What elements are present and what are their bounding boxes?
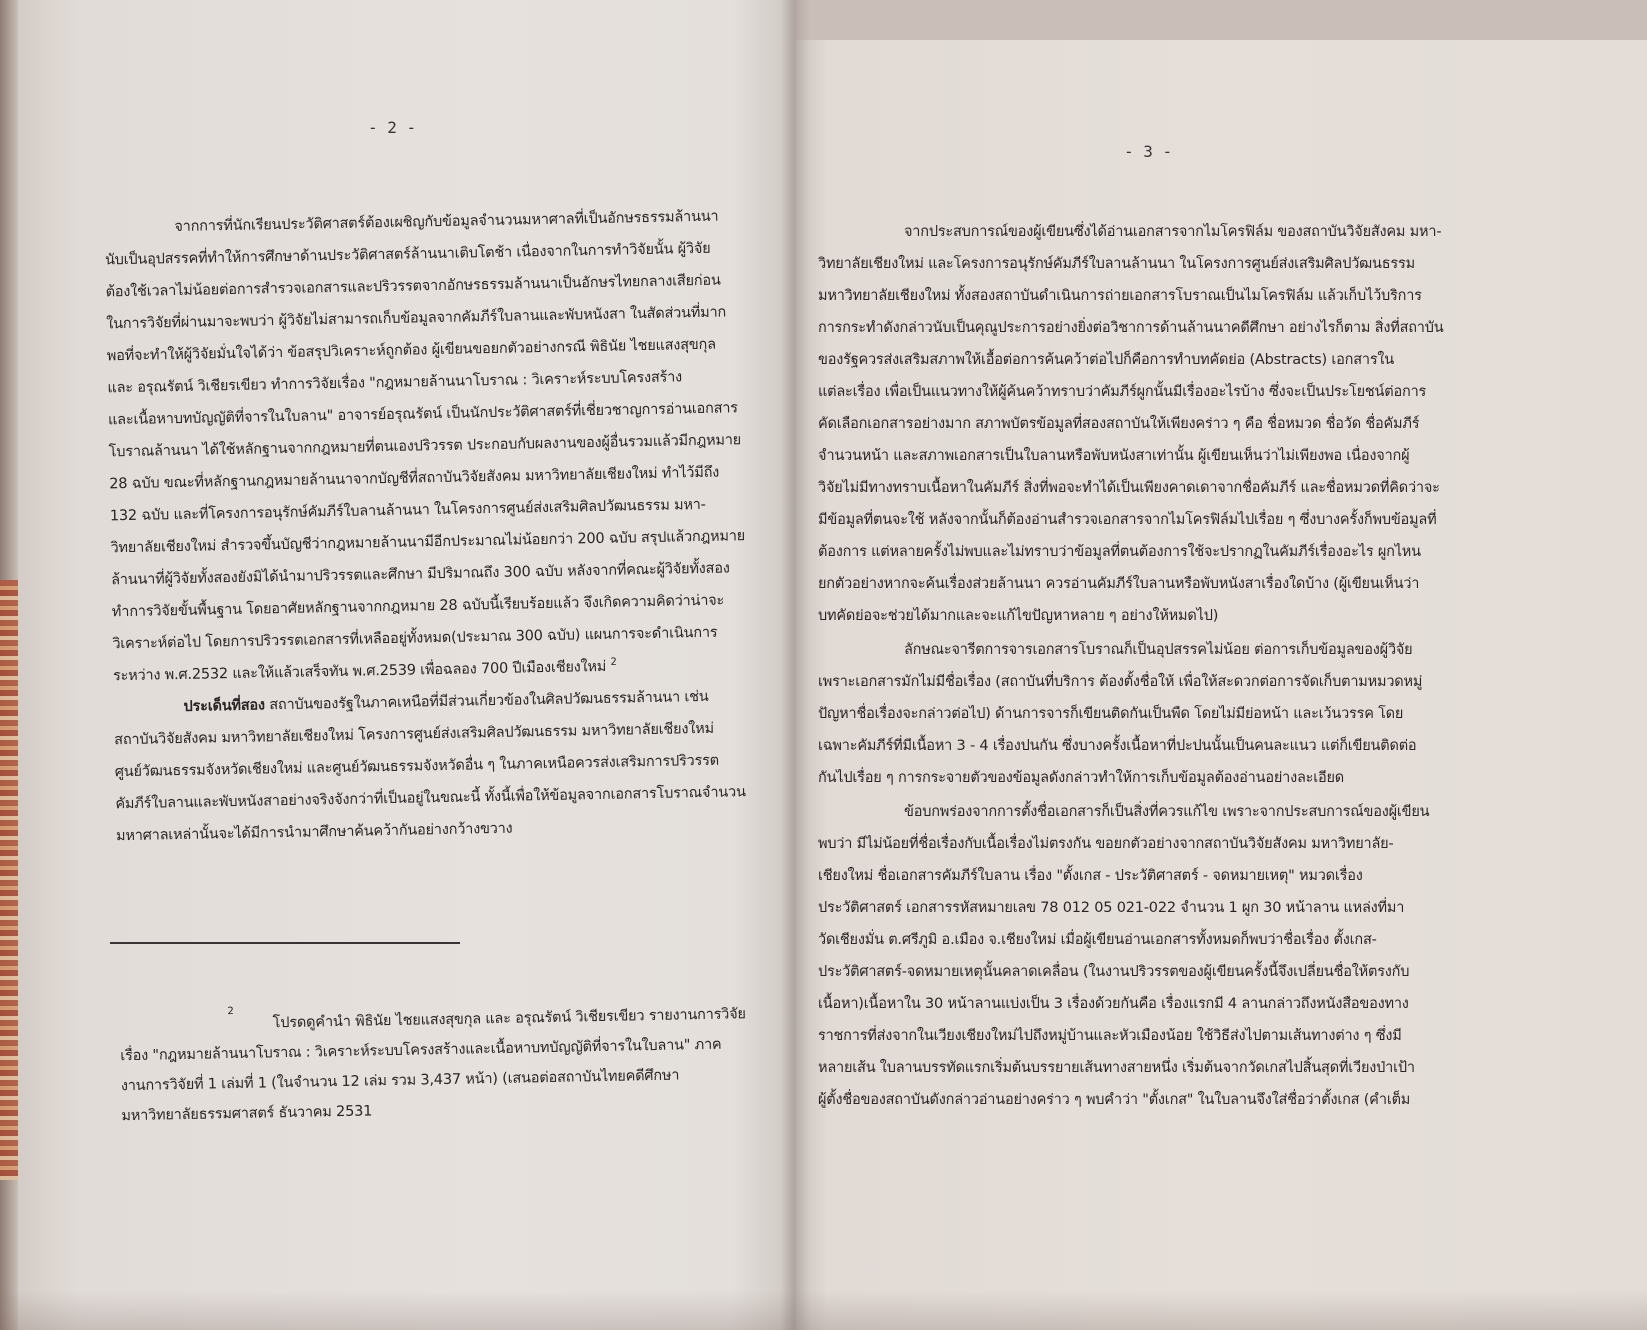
body-line: ระหว่าง พ.ศ.2532 และให้แล้วเสร็จทัน พ.ศ.… [113, 655, 617, 688]
body-line: โบราณล้านนา ได้ใช้หลักฐานจากกฎหมายที่ตนเ… [108, 428, 741, 463]
body-line: เชียงใหม่ ชื่อเอกสารคัมภีร์ใบลาน เรื่อง … [818, 864, 1363, 887]
body-line: สถาบันวิจัยสังคม มหาวิทยาลัยเชียงใหม่ โค… [114, 717, 714, 752]
body-line: พบว่า มีไม่น้อยที่ชื่อเรื่องกับเนื้อเรื่… [818, 832, 1393, 855]
body-line: มหาศาลเหล่านั้นจะได้มีการนำมาศึกษาค้นคว้… [116, 817, 513, 848]
body-line: ล้านนาที่ผู้วิจัยทั้งสองยังมิได้นำมาปริว… [111, 556, 730, 591]
body-line: ศูนย์วัฒนธรรมจังหวัดเชียงใหม่ และศูนย์วั… [115, 749, 720, 784]
body-line: นับเป็นอุปสรรคที่ทำให้การศึกษาด้านประวัต… [105, 237, 711, 272]
body-line: 28 ฉบับ ขณะที่หลักฐานกฎหมายล้านนาจากบัญช… [109, 461, 719, 496]
body-line: ต้องใช้เวลาไม่น้อยต่อการสำรวจเอกสารและปร… [105, 269, 720, 304]
body-line: วิจัยไม่มีทางทราบเนื้อหาในคัมภีร์ สิ่งที… [818, 476, 1440, 499]
body-line: มีข้อมูลที่ตนจะใช้ หลังจากนั้นก็ต้องอ่าน… [818, 508, 1436, 531]
body-line: จำนวนหน้า และสภาพเอกสารเป็นใบลานหรือพับห… [818, 444, 1409, 467]
body-line: เฉพาะคัมภีร์ที่มีเนื้อหา 3 - 4 เรื่องปนก… [818, 734, 1416, 757]
body-line: ทำการวิจัยขั้นพื้นฐาน โดยอาศัยหลักฐานจาก… [112, 589, 725, 624]
footnote-line: โปรดดูคำนำ พิธินัย ไชยแสงสุขกุล และ อรุณ… [272, 1002, 745, 1034]
left-page: - 2 - จากการที่นักเรียนประวัติศาสตร์ต้อง… [18, 0, 794, 1330]
footnote-line: มหาวิทยาลัยธรรมศาสตร์ ธันวาคม 2531 [121, 1099, 372, 1127]
body-line: ยกตัวอย่างหากจะค้นเรื่องส่วยล้านนา ควรอ่… [818, 572, 1419, 595]
body-line: กันไปเรื่อย ๆ การกระจายตัวของข้อมูลดังกล… [818, 766, 1344, 789]
footnote-line: เรื่อง "กฎหมายล้านนาโบราณ : วิเคราะห์ระบ… [120, 1033, 722, 1068]
body-line: แต่ละเรื่อง เพื่อเป็นแนวทางให้ผู้ค้นคว้า… [818, 380, 1426, 403]
body-line: และ อรุณรัตน์ วิเชียรเขียว ทำการวิจัยเรื… [107, 365, 682, 399]
book-cover-edge [0, 580, 18, 1180]
body-line: ลักษณะจารีตการจารเอกสารโบราณก็เป็นอุปสรร… [904, 638, 1412, 661]
body-text: ระหว่าง พ.ศ.2532 และให้แล้วเสร็จทัน พ.ศ.… [113, 659, 606, 684]
footnote-divider [110, 942, 460, 944]
point-two-heading: ประเด็นที่สอง [183, 697, 265, 715]
body-line: ของรัฐควรส่งเสริมสภาพให้เอื้อต่อการค้นคว… [818, 348, 1394, 371]
body-line: ข้อบกพร่องจากการตั้งชื่อเอกสารก็เป็นสิ่ง… [904, 800, 1429, 823]
body-line: การกระทำดังกล่าวนับเป็นคุณูประการอย่างยิ… [818, 316, 1443, 339]
footnote-marker: 2 [227, 1006, 233, 1017]
footnote-reference: 2 [610, 657, 616, 668]
body-line: ผู้ตั้งชื่อของสถาบันดังกล่าวอ่านอย่างคร่… [818, 1088, 1410, 1111]
page-bottom-shadow [0, 1290, 1647, 1330]
body-line: ประวัติศาสตร์-จดหมายเหตุนั้นคลาดเคลื่อน … [818, 960, 1409, 983]
body-line: ราชการที่ส่งจากในเวียงเชียงใหม่ไปถึงหมู่… [818, 1024, 1402, 1047]
body-line: 132 ฉบับ และที่โครงการอนุรักษ์คัมภีร์ใบล… [110, 493, 706, 527]
body-line: ปัญหาชื่อเรื่องจะกล่าวต่อไป) ด้านการจารก… [818, 702, 1403, 725]
body-line: คัมภีร์ใบลานและพับหนังสาอย่างจริงจังกว่า… [115, 780, 746, 815]
body-line: จากการที่นักเรียนประวัติศาสตร์ต้องเผชิญก… [174, 205, 718, 238]
body-line: วิทยาลัยเชียงใหม่ สำรวจขึ้นบัญชีว่ากฎหมา… [110, 524, 745, 559]
body-line: เนื้อหา)เนื้อหาใน 30 หน้าลานแบ่งเป็น 3 เ… [818, 992, 1409, 1015]
footnote-line: งานการวิจัยที่ 1 เล่มที่ 1 (ในจำนวน 12 เ… [121, 1064, 680, 1098]
right-page-body: จากประสบการณ์ของผู้เขียนซึ่งได้อ่านเอกสา… [794, 40, 1647, 1330]
body-line: และเนื้อหาบทบัญญัติที่จารในใบลาน" อาจารย… [108, 396, 738, 431]
body-line: มหาวิทยาลัยเชียงใหม่ ทั้งสองสถาบันดำเนิน… [818, 284, 1422, 307]
point-two-line: ประเด็นที่สอง สถาบันของรัฐในภาคเหนือที่ม… [183, 685, 708, 718]
body-line: วัดเชียงมั่น ต.ศรีภูมิ อ.เมือง จ.เชียงให… [818, 928, 1377, 951]
body-line: เพราะเอกสารมักไม่มีชื่อเรื่อง (สถาบันที่… [818, 670, 1422, 693]
body-line: ประวัติศาสตร์ เอกสารรหัสหมายเลข 78 012 0… [818, 896, 1404, 919]
body-line: หลายเส้น ใบลานบรรทัดแรกเริ่มต้นบรรยายเส้… [818, 1056, 1415, 1079]
right-page: - 3 - จากประสบการณ์ของผู้เขียนซึ่งได้อ่า… [794, 40, 1647, 1330]
book-gutter [780, 0, 810, 1330]
left-page-body: จากการที่นักเรียนประวัติศาสตร์ต้องเผชิญก… [18, 0, 819, 1330]
body-line: วิทยาลัยเชียงใหม่ และโครงการอนุรักษ์คัมภ… [818, 252, 1415, 275]
body-line: บทคัดย่อจะช่วยได้มากและจะแก้ไขปัญหาหลาย … [818, 604, 1218, 627]
body-line: คัดเลือกเอกสารอย่างมาก สภาพบัตรข้อมูลที่… [818, 412, 1419, 435]
body-line: จากประสบการณ์ของผู้เขียนซึ่งได้อ่านเอกสา… [904, 220, 1441, 243]
body-line: ในการวิจัยที่ผ่านมาจะพบว่า ผู้วิจัยไม่สา… [106, 300, 726, 335]
body-line: พอที่จะทำให้ผู้วิจัยมั่นใจได้ว่า ข้อสรุป… [107, 333, 716, 368]
body-line: วิเคราะห์ต่อไป โดยการปริวรรตเอกสารที่เหล… [112, 621, 717, 656]
body-text: สถาบันของรัฐในภาคเหนือที่มีส่วนเกี่ยวข้อ… [265, 689, 709, 714]
body-line: ต้องการ แต่หลายครั้งไม่พบและไม่ทราบว่าข้… [818, 540, 1421, 563]
